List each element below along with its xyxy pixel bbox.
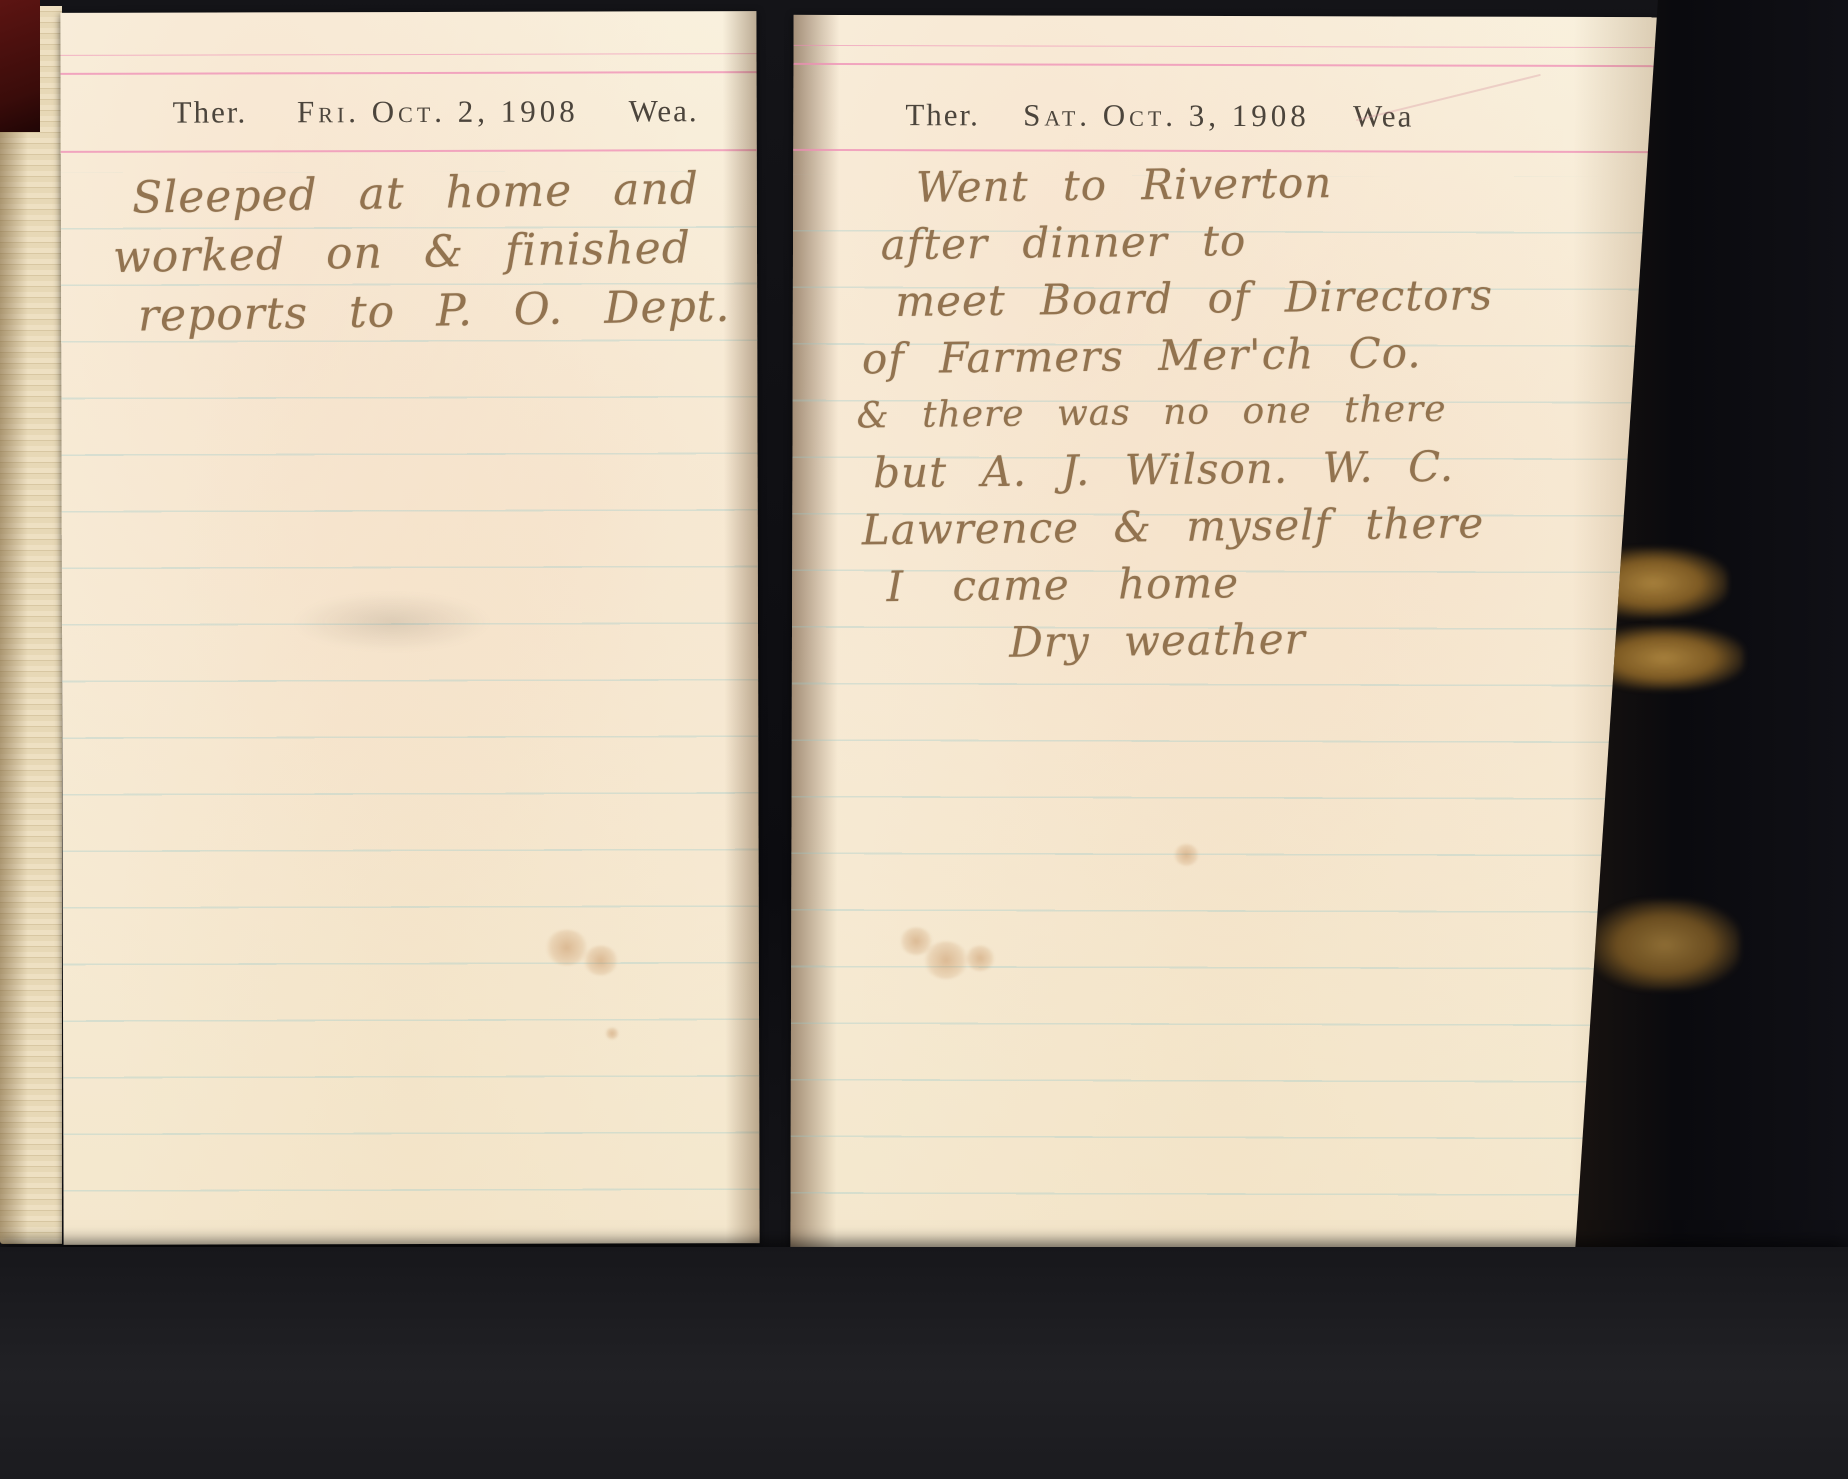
pink-rule-line — [793, 149, 1663, 153]
left-page-header: Ther. Fri. Oct. 2, 1908 Wea. — [61, 89, 757, 135]
handwriting-line: Sleeped at home and — [96, 159, 729, 228]
left-entry-handwriting: Sleeped at home and worked on & finished… — [96, 159, 731, 346]
wea-label: Wea. — [629, 93, 699, 129]
stain-mark — [583, 945, 619, 975]
handwriting-line: & there was no one there — [856, 380, 1494, 444]
right-page-header: Ther. Sat. Oct. 3, 1908 Wea — [793, 93, 1663, 139]
pink-rule-line — [793, 63, 1663, 67]
stain-mark — [605, 1027, 619, 1039]
pink-rule-line — [794, 45, 1664, 49]
handwriting-line: Went to Riverton — [854, 152, 1492, 216]
ther-label: Ther. — [173, 94, 248, 130]
date-heading: Fri. Oct. 2, 1908 — [297, 94, 579, 131]
right-page: Ther. Sat. Oct. 3, 1908 Wea Went to Rive… — [790, 15, 1663, 1249]
stain-mark — [923, 941, 969, 979]
handwriting-line: Dry weather — [859, 608, 1497, 672]
diary-scan: Ther. Fri. Oct. 2, 1908 Wea. Sleeped at … — [0, 0, 1848, 1479]
handwriting-line: after dinner to — [854, 209, 1492, 273]
stain-mark — [899, 927, 933, 955]
pink-rule-line — [60, 53, 756, 56]
pink-rule-line — [61, 71, 757, 75]
pink-rule-line — [61, 149, 757, 153]
ink-smudge — [292, 592, 492, 653]
page-edge-stack — [0, 6, 62, 1244]
binding-gold-band — [1590, 900, 1740, 990]
handwriting-line: Lawrence & myself there — [858, 494, 1496, 558]
stain-mark — [965, 945, 995, 971]
left-page: Ther. Fri. Oct. 2, 1908 Wea. Sleeped at … — [60, 11, 759, 1245]
right-entry-handwriting: Went to Riverton after dinner to meet Bo… — [854, 152, 1498, 672]
ther-label: Ther. — [905, 97, 980, 133]
date-heading: Sat. Oct. 3, 1908 — [1023, 97, 1310, 134]
handwriting-line: worked on & finished — [97, 218, 730, 287]
stain-mark — [545, 930, 589, 966]
handwriting-line: of Farmers Mer'ch Co. — [856, 323, 1494, 387]
cover-corner-red — [0, 0, 40, 132]
wea-label: Wea — [1353, 98, 1413, 134]
handwriting-line: but A. J. Wilson. W. C. — [857, 437, 1495, 501]
handwriting-line: reports to P. O. Dept. — [98, 277, 731, 346]
handwriting-line: I came home — [858, 551, 1496, 615]
stain-mark — [1173, 844, 1199, 866]
handwriting-line: meet Board of Directors — [855, 266, 1493, 330]
scan-bottom-edge — [0, 1247, 1848, 1479]
